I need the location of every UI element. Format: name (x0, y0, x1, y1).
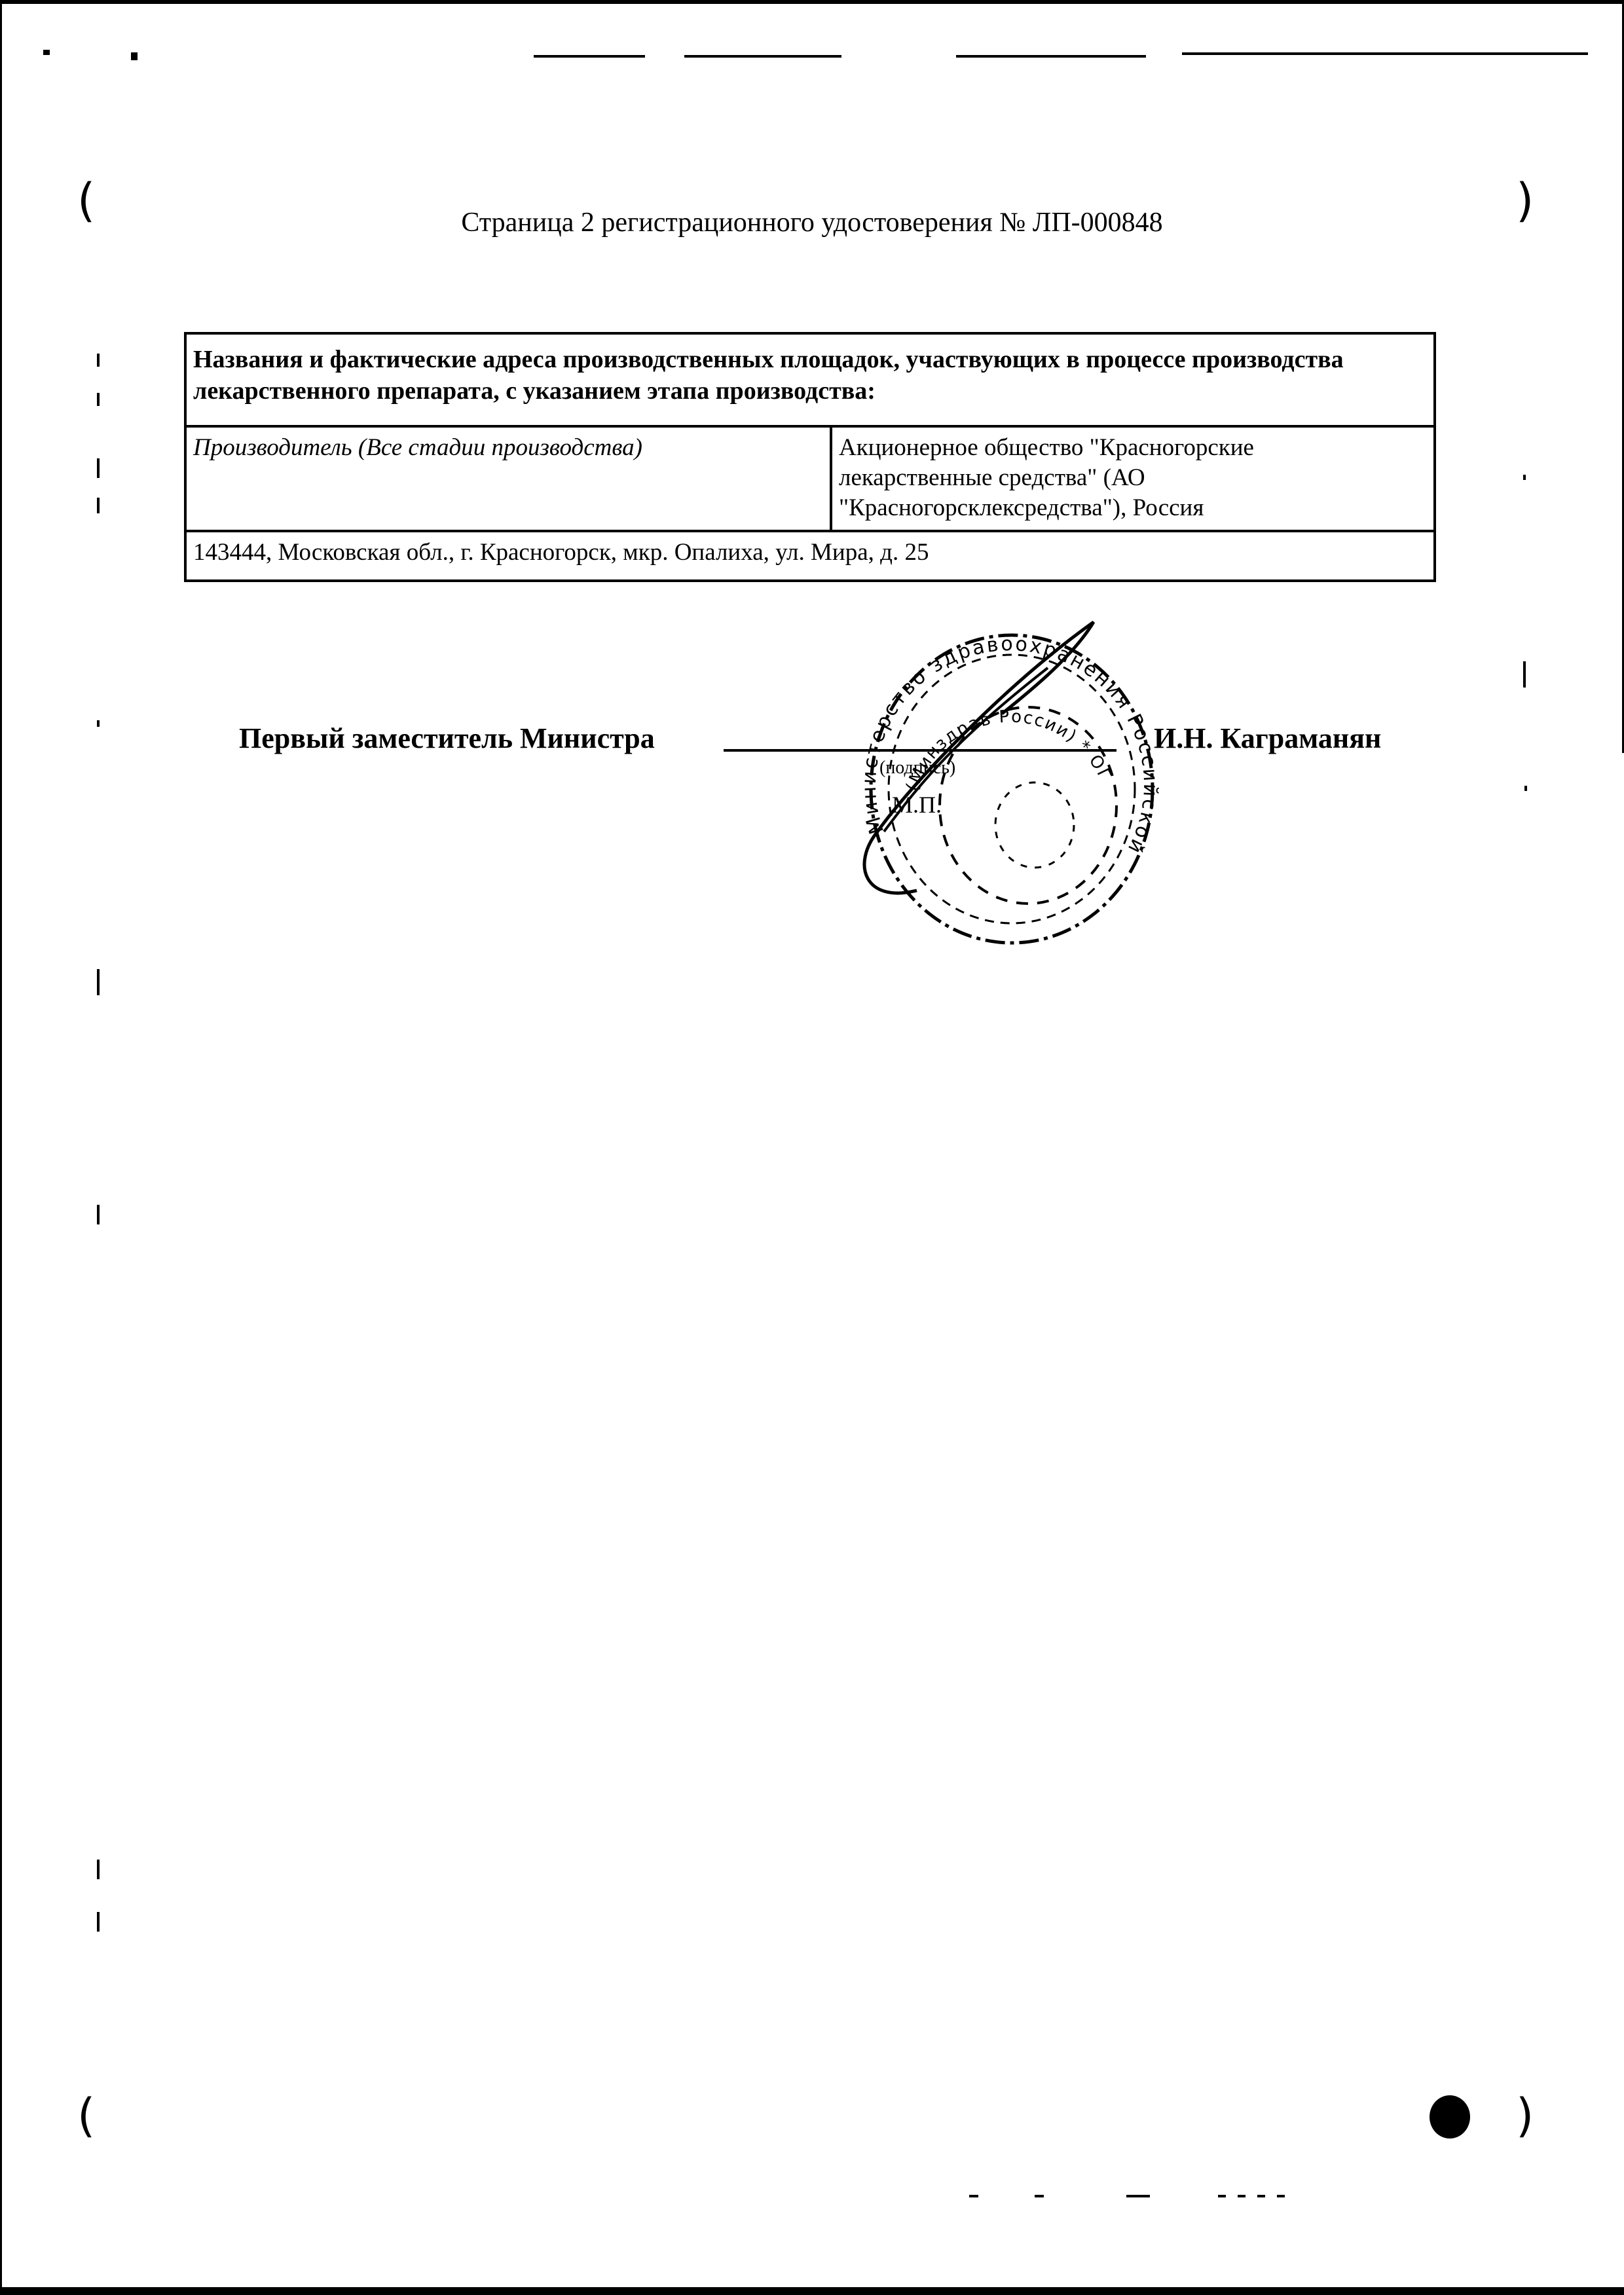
official-seal-stamp-icon: Министерство здравоохранения Российской … (838, 615, 1192, 949)
scan-artifact-speck (1523, 661, 1526, 688)
ink-blot (1430, 2095, 1470, 2139)
stamp-outer-text: Министерство здравоохранения Российской … (838, 615, 1162, 858)
scan-artifact-speck (97, 354, 100, 367)
manufacturer-cell: Акционерное общество "Красногорские лека… (831, 426, 1435, 531)
scan-artifact-speck (97, 458, 100, 478)
scan-artifact-dash (1126, 2195, 1150, 2197)
table-row: 143444, Московская обл., г. Красногорск,… (185, 531, 1435, 581)
scan-artifact-dash (534, 55, 645, 58)
table-header-row: Названия и фактические адреса производст… (185, 333, 1435, 426)
manufacturer-line: лекарственные средства" (АО (839, 463, 1427, 493)
scan-artifact-dash (1035, 2195, 1044, 2197)
scan-artifact-speck (97, 393, 100, 406)
scan-border-bottom (0, 2287, 1624, 2295)
scan-artifact-speck (97, 720, 100, 727)
table-row: Производитель (Все стадии производства) … (185, 426, 1435, 531)
scan-artifact-speck (131, 52, 138, 60)
production-sites-table: Названия и фактические адреса производст… (184, 332, 1436, 582)
signer-position: Первый заместитель Министра (239, 722, 655, 755)
scan-artifact-speck (43, 50, 50, 55)
scan-artifact-speck (97, 1205, 100, 1224)
scan-artifact-dash (969, 2195, 978, 2197)
scan-artifact-speck (1523, 475, 1526, 480)
scan-artifact-speck (97, 1860, 100, 1879)
punch-mark-left-bottom: ( (77, 2089, 95, 2142)
scan-artifact-dash (1182, 52, 1588, 55)
scan-border-top (0, 0, 1624, 4)
scan-border-left (0, 0, 2, 2295)
signature-hint: (подпись) (879, 758, 955, 779)
scan-artifact-speck (97, 1912, 100, 1932)
scan-artifact-speck (1524, 786, 1527, 791)
scan-artifact-speck (97, 498, 100, 513)
production-stage-cell: Производитель (Все стадии производства) (185, 426, 831, 531)
scan-artifact-speck (97, 969, 100, 995)
seal-place-label: М.П. (892, 791, 942, 818)
punch-mark-right-bottom: ) (1516, 2089, 1534, 2142)
manufacturer-line: "Красногорсклексредства"), Россия (839, 493, 1427, 523)
svg-text:Министерство здравоохранения Р: Министерство здравоохранения Российской … (838, 615, 1162, 858)
scan-artifact-dash (684, 55, 841, 58)
manufacturer-line: Акционерное общество "Красногорские (839, 433, 1427, 463)
address-cell: 143444, Московская обл., г. Красногорск,… (185, 531, 1435, 581)
page-header: Страница 2 регистрационного удостоверени… (0, 207, 1624, 238)
signer-name: И.Н. Каграманян (1154, 722, 1381, 755)
scan-artifact-dash (956, 55, 1146, 58)
signature-line (724, 749, 1116, 752)
scan-artifact-dash (1218, 2195, 1297, 2197)
table-header-cell: Названия и фактические адреса производст… (185, 333, 1435, 426)
